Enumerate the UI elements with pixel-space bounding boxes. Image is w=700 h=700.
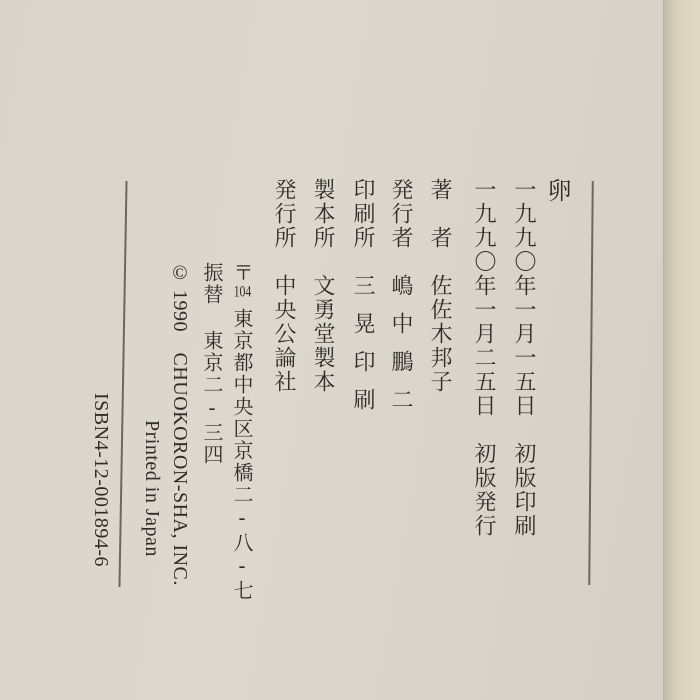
credit-role: 印刷所 <box>350 178 375 250</box>
credit-printer: 印刷所三晃印刷 <box>351 178 373 426</box>
printed-in: Printed in Japan <box>140 420 163 557</box>
credit-publishing-house: 発行所中央公論社 <box>272 178 294 394</box>
copyright-notice: © 1990 CHUOKORON-SHA, INC. <box>166 262 195 586</box>
first-edition-label: 初版発行 <box>471 442 496 538</box>
transfer-value: 東京二-三四 <box>200 330 224 466</box>
isbn: ISBN4-12-001894-6 <box>89 393 112 567</box>
credit-name: 佐佐木邦子 <box>427 274 452 394</box>
credit-binder: 製本所文勇堂製本 <box>311 178 333 394</box>
credit-role: 製本所 <box>310 178 335 250</box>
postal-mark-icon: 〒 <box>230 262 254 284</box>
colophon-rule-right <box>588 181 594 585</box>
transfer-label: 振替 <box>200 262 224 306</box>
credit-publisher-person: 発行者嶋中鵬二 <box>389 178 411 426</box>
credit-role: 発行所 <box>271 178 296 250</box>
first-edition-line: 一九九〇年一月二五日初版発行 <box>472 178 494 538</box>
credit-role: 発行者 <box>388 178 413 250</box>
book-title: 卵 <box>545 178 569 204</box>
colophon-rule-left <box>118 181 127 587</box>
publisher-address: 〒104東京都中央区京橋二-八-七 <box>232 262 252 602</box>
page-edge <box>663 0 700 700</box>
credit-author: 著 者佐佐木邦子 <box>428 178 450 394</box>
credit-role: 著 者 <box>427 178 452 250</box>
credit-name: 三晃印刷 <box>350 274 375 426</box>
credit-name: 文勇堂製本 <box>310 274 335 394</box>
first-printing-label: 初版印刷 <box>511 442 536 538</box>
transfer-account: 振替東京二-三四 <box>202 262 222 466</box>
credit-name: 中央公論社 <box>271 274 296 394</box>
first-printing-date: 一九九〇年一月一五日 <box>511 178 536 418</box>
credit-name: 嶋中鵬二 <box>388 274 413 426</box>
address-location: 東京都中央区京橋二-八-七 <box>230 308 254 602</box>
first-printing-line: 一九九〇年一月一五日初版印刷 <box>512 178 534 538</box>
first-edition-date: 一九九〇年一月二五日 <box>471 178 496 418</box>
postal-code: 104 <box>234 284 251 300</box>
